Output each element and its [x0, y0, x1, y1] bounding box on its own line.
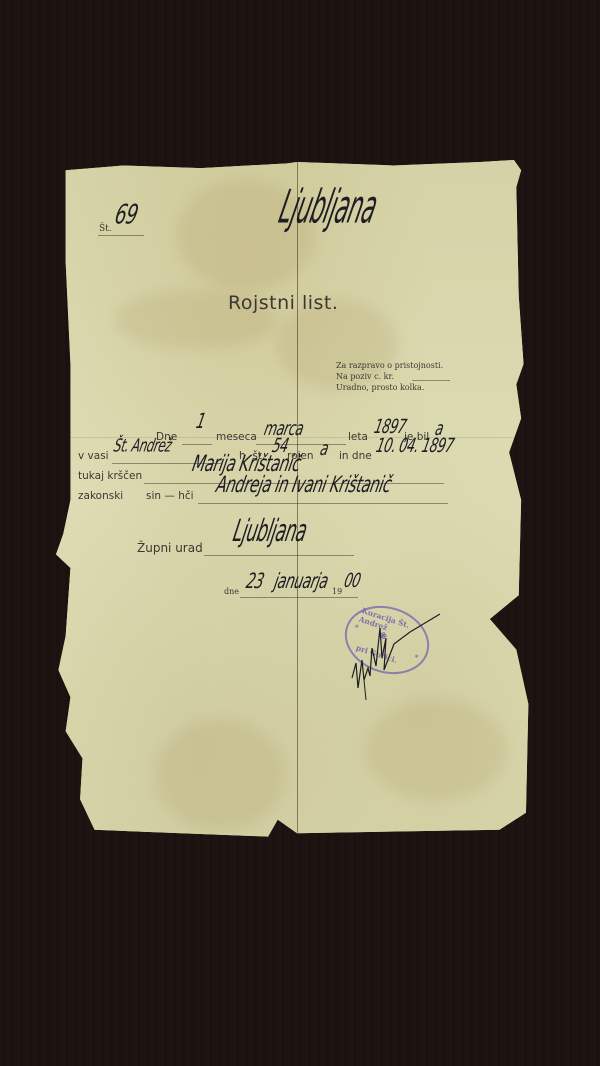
value-parents: Andreja in Ivani Krištanič — [214, 471, 394, 498]
label-v-vasi: v vasi — [78, 450, 109, 462]
label-meseca: meseca — [216, 431, 257, 443]
date-year-prefix: 19 — [332, 587, 342, 596]
rule — [240, 597, 358, 598]
value-v-vasi: Št. Andrež — [112, 435, 173, 456]
value-rojen: a — [318, 439, 330, 462]
side-note-line-1: Za razpravo o pristojnosti. — [336, 360, 443, 371]
side-note: Za razpravo o pristojnosti. Na poziv c. … — [336, 360, 443, 393]
rule — [256, 444, 346, 445]
fold-line-vertical — [297, 160, 298, 840]
label-leta: leta — [348, 431, 368, 443]
side-note-line-3: Uradno, prosto kolka. — [336, 382, 443, 393]
document-title: Rojstni list. — [228, 292, 338, 314]
value-zupni-urad: Ljubljana — [230, 514, 310, 550]
value-in-dne: 10. 04. 1897 — [374, 436, 455, 459]
number-rule — [98, 235, 144, 236]
rule — [204, 555, 354, 556]
birth-certificate-paper: Št. 69 Ljubljana Rojstni list. Za razpra… — [56, 160, 538, 840]
stain — [366, 700, 506, 800]
value-date-month: januarja — [272, 570, 330, 594]
priest-signature-icon — [336, 608, 466, 703]
label-date-dne: dne — [224, 587, 239, 596]
label-krscen: tukaj krščen — [78, 470, 142, 482]
rule — [198, 503, 448, 504]
number-value: 69 — [112, 200, 141, 232]
header-place: Ljubljana — [274, 183, 382, 236]
stain — [156, 720, 286, 830]
value-date-day: 23 — [244, 570, 266, 594]
label-in-dne: in dne — [339, 450, 372, 462]
value-date-year: 00 — [342, 571, 362, 594]
value-dne: 1 — [194, 410, 208, 434]
label-zakonski: zakonski — [78, 490, 123, 502]
rule — [182, 444, 212, 445]
label-zupni-urad: Župni urad — [137, 541, 203, 555]
note-rule — [412, 380, 450, 381]
number-label: Št. — [99, 224, 112, 234]
label-sin-hci: sin — hči — [146, 490, 194, 502]
